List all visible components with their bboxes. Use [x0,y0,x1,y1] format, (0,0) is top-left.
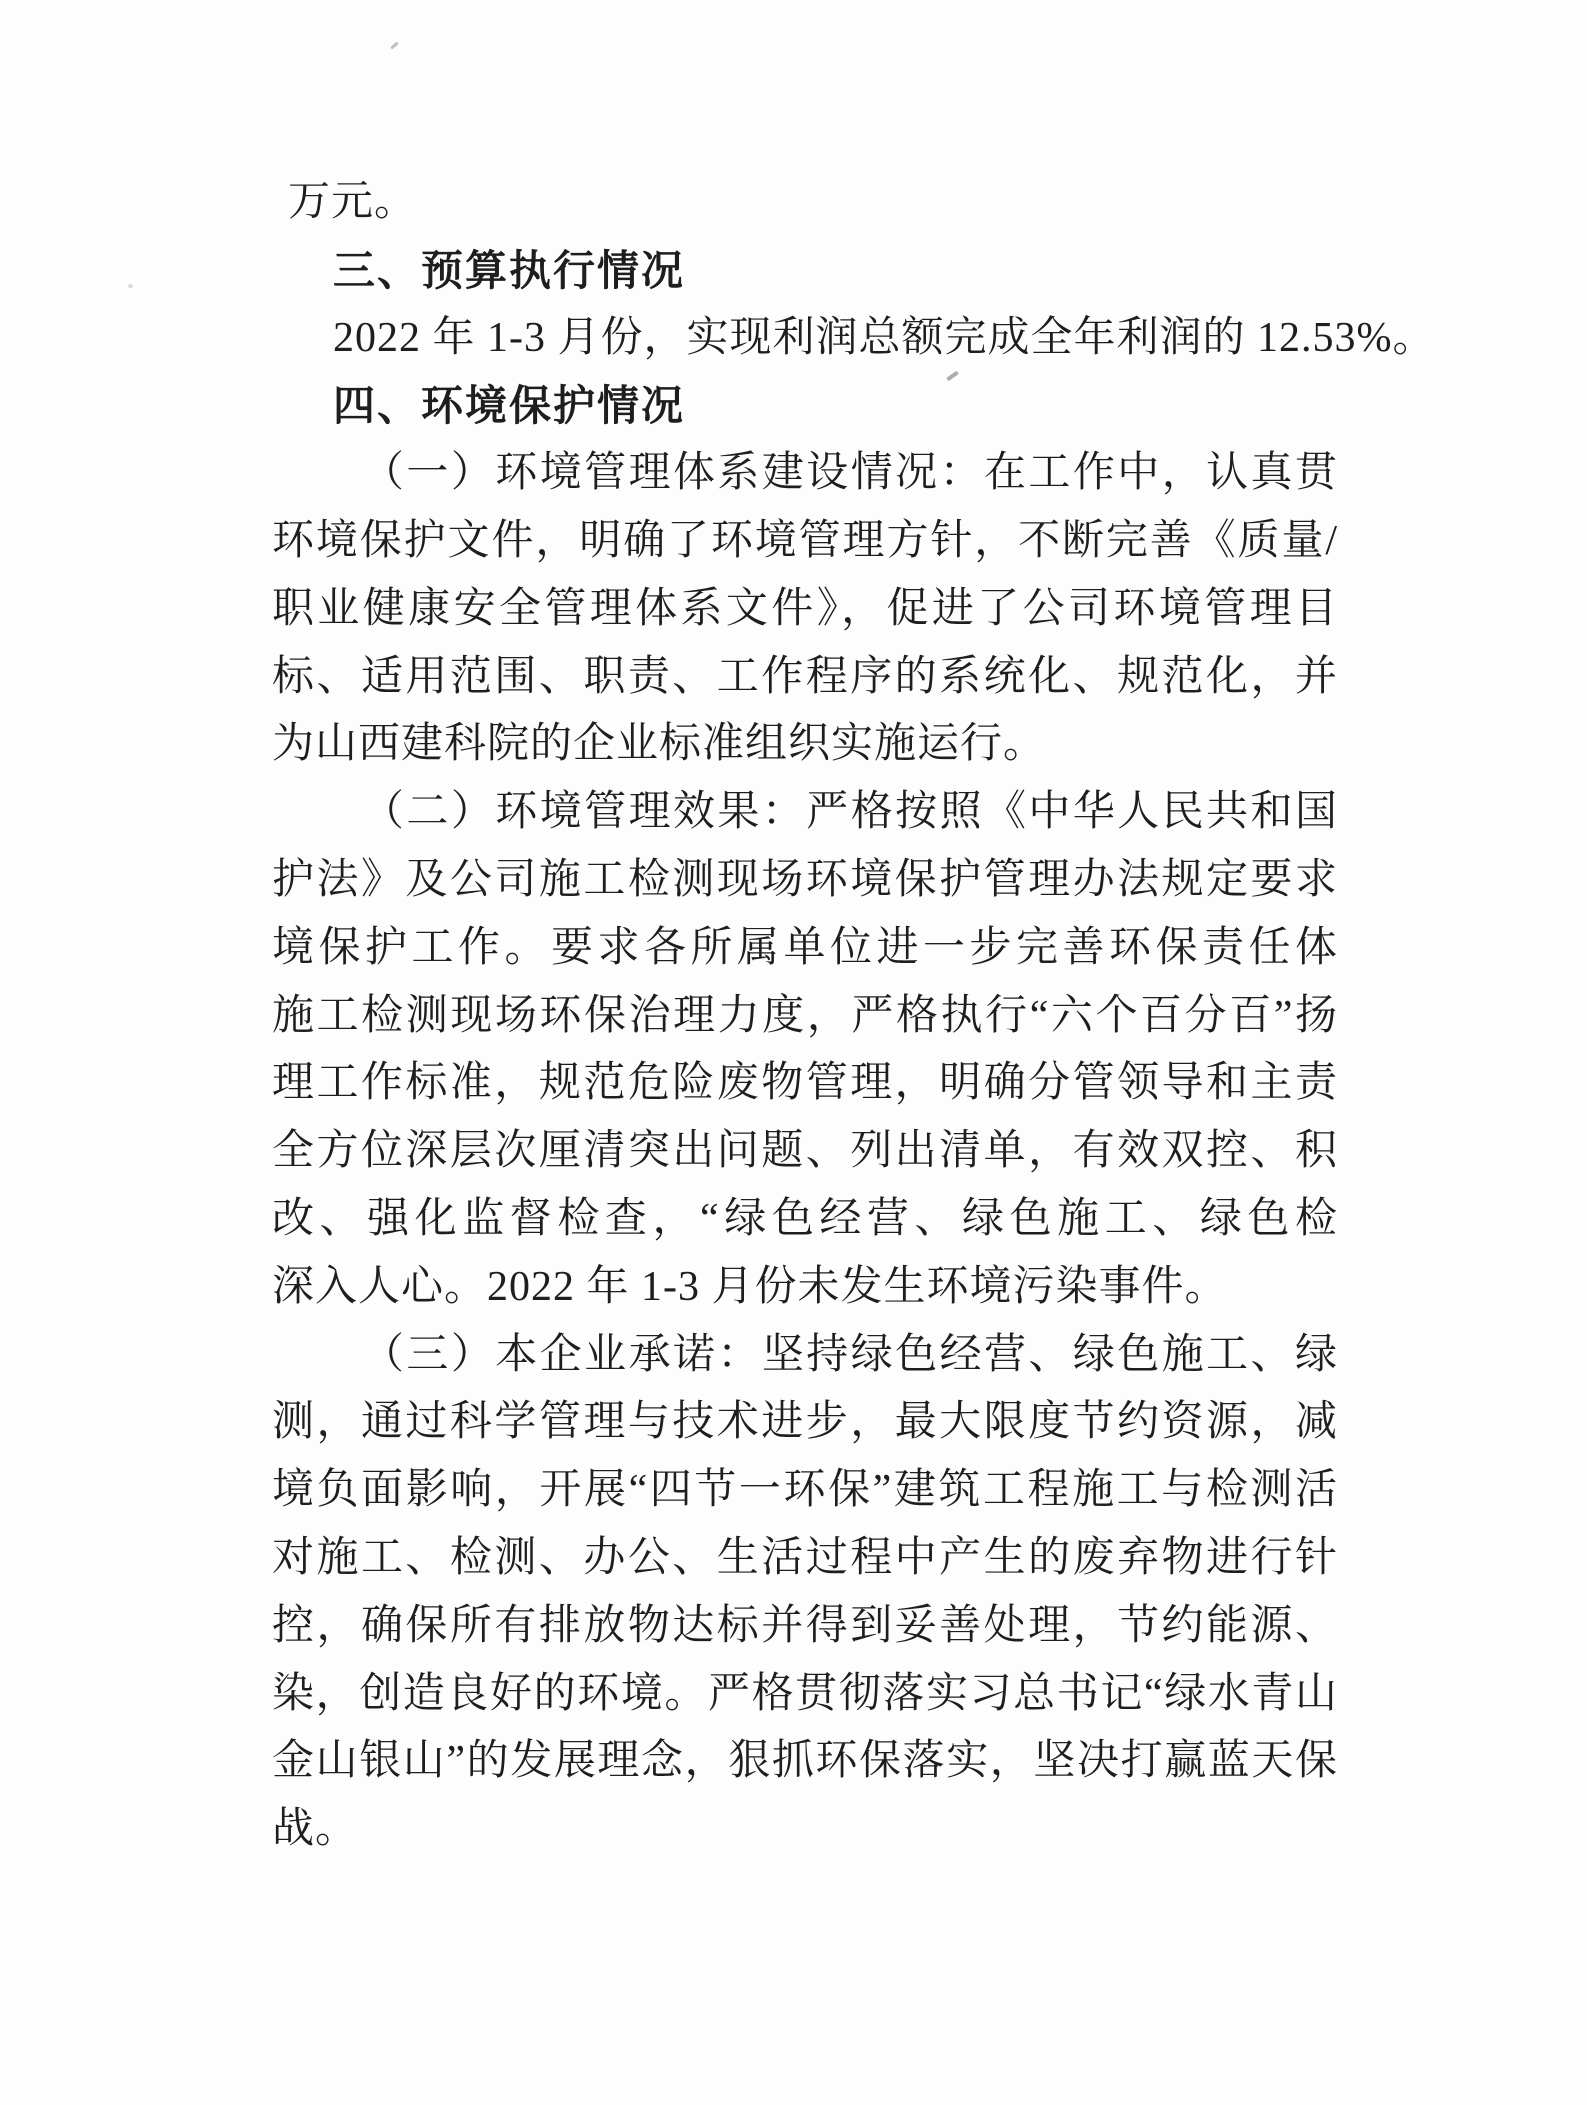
paragraph-3-line-7: 金山银山”的发展理念，狠抓环保落实，坚决打赢蓝天保卫 [272,1728,1338,1796]
paragraph-2-line-3: 境保护工作。要求各所属单位进一步完善环保责任体系，加大 [272,915,1338,983]
paragraph-3-line-3: 境负面影响，开展“四节一环保”建筑工程施工与检测活动， [272,1457,1338,1525]
scanned-document-page: 万元。 三、预算执行情况 2022 年 1-3 月份，实现利润总额完成全年利润的… [0,0,1587,2105]
paragraph-1-line-4: 标、适用范围、职责、工作程序的系统化、规范化，并以此作 [272,644,1338,712]
paragraph-budget-line: 2022 年 1-3 月份，实现利润总额完成全年利润的 12.53%。 [272,305,1338,373]
paragraph-3-line-8: 战。 [272,1796,1338,1864]
section-heading-environment-protection: 四、环境保护情况 [272,372,1338,440]
paragraph-3-line-4: 对施工、检测、办公、生活过程中产生的废弃物进行针对性管 [272,1525,1338,1593]
paragraph-3-line-2: 测，通过科学管理与技术进步，最大限度节约资源，减少对环 [272,1389,1338,1457]
paragraph-3-line-5: 控，确保所有排放物达标并得到妥善处理，节约能源、防止污 [272,1593,1338,1661]
paragraph-1-line-1: （一）环境管理体系建设情况：在工作中，认真贯彻各级 [272,440,1338,508]
paragraph-2-line-8: 深入人心。2022 年 1-3 月份未发生环境污染事件。 [272,1254,1338,1322]
paragraph-2-line-5: 理工作标准，规范危险废物管理，明确分管领导和主责部门， [272,1050,1338,1118]
paragraph-2-line-7: 改、强化监督检查，“绿色经营、绿色施工、绿色检测”理念 [272,1186,1338,1254]
paragraph-3-line-6: 染，创造良好的环境。严格贯彻落实习总书记“绿水青山就是 [272,1661,1338,1729]
paragraph-2-line-6: 全方位深层次厘清突出问题、列出清单，有效双控、积极整 [272,1118,1338,1186]
paragraph-continuation-line: 万元。 [272,169,1338,237]
scan-artifact-speck [390,41,399,49]
scan-artifact-dot [128,284,133,288]
paragraph-2-line-4: 施工检测现场环保治理力度，严格执行“六个百分百”扬尘治 [272,983,1338,1051]
paragraph-1-line-3: 职业健康安全管理体系文件》，促进了公司环境管理目标、指 [272,576,1338,644]
paragraph-2-line-2: 护法》及公司施工检测现场环境保护管理办法规定要求开展环 [272,847,1338,915]
section-heading-budget-execution: 三、预算执行情况 [272,237,1338,305]
paragraph-2-line-1: （二）环境管理效果：严格按照《中华人民共和国环境保 [272,779,1338,847]
paragraph-1-line-5: 为山西建科院的企业标准组织实施运行。 [272,711,1338,779]
paragraph-3-line-1: （三）本企业承诺：坚持绿色经营、绿色施工、绿色检 [272,1322,1338,1390]
paragraph-1-line-2: 环境保护文件，明确了环境管理方针，不断完善《质量/环境/ [272,508,1338,576]
document-text-block: 万元。 三、预算执行情况 2022 年 1-3 月份，实现利润总额完成全年利润的… [272,169,1338,1864]
